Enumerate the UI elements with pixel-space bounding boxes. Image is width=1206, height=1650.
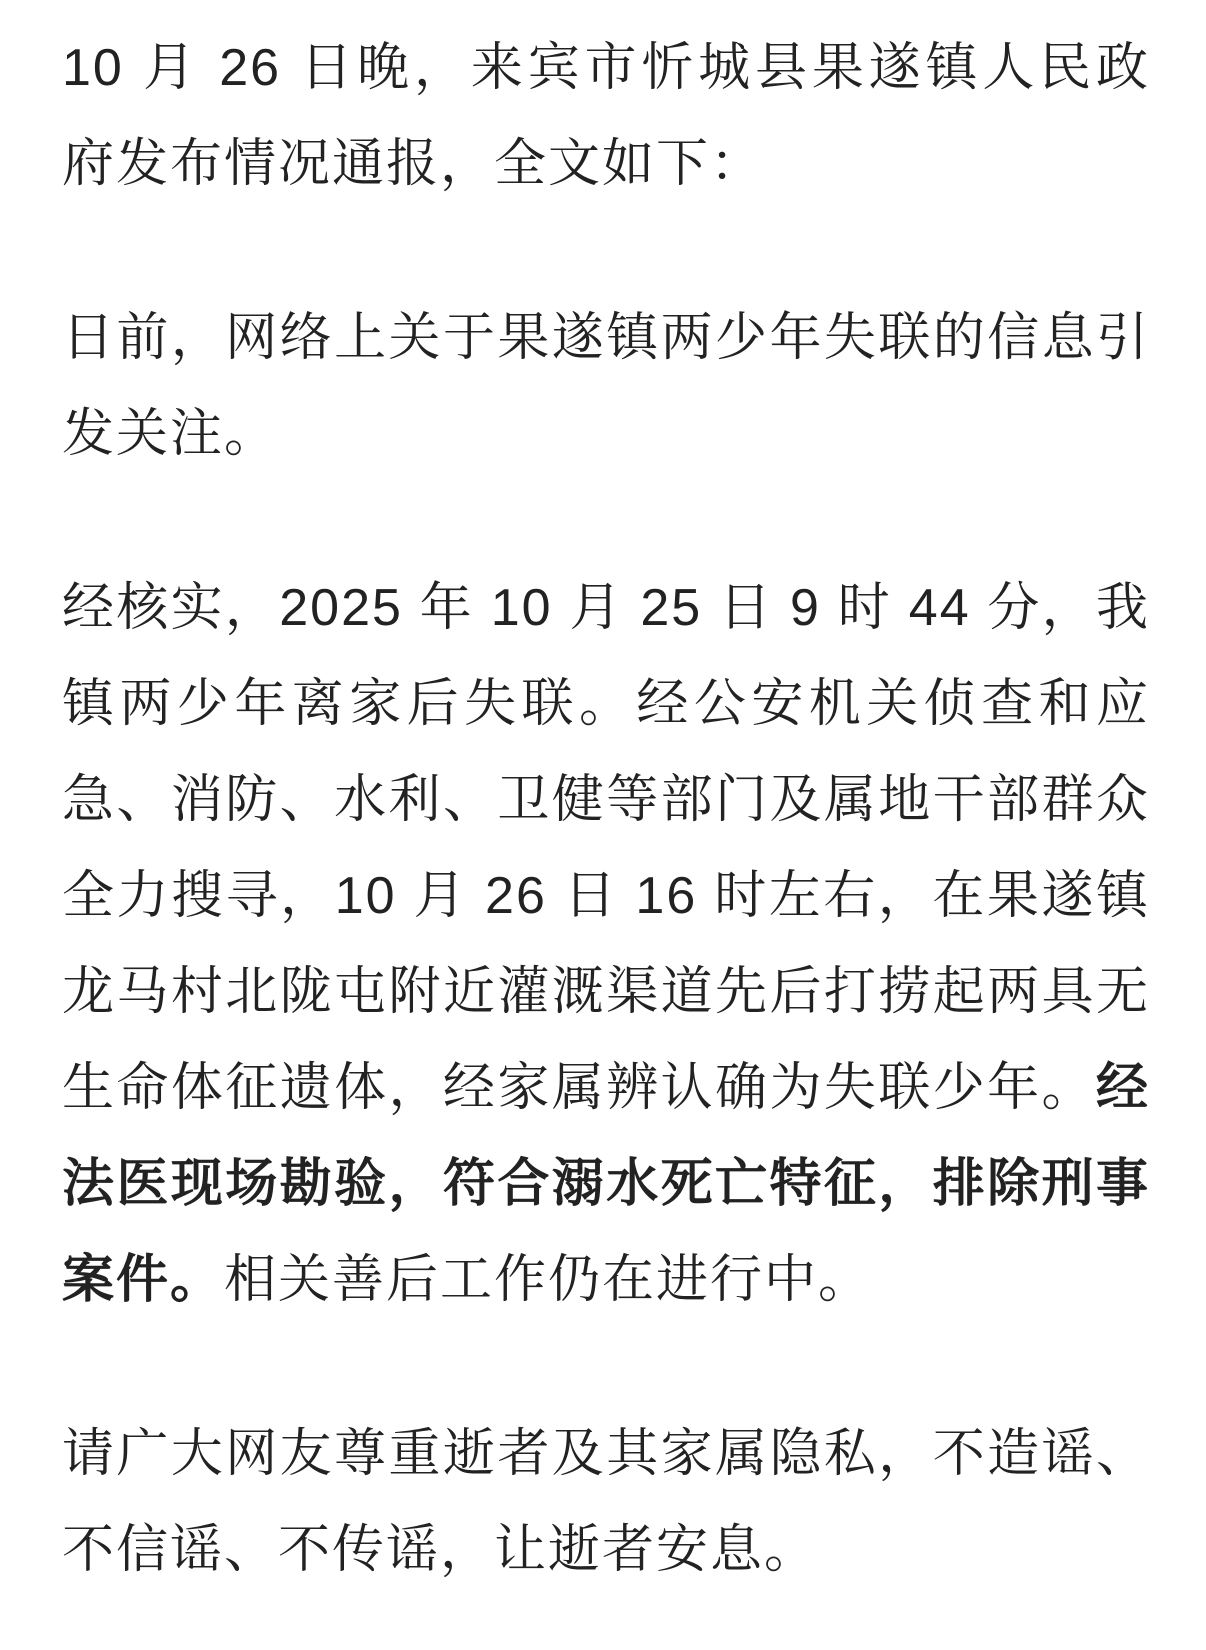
text-segment: 经核实，2025 年 10 月 25 日 9 时 44 分，我镇两少年离家后失联… bbox=[62, 579, 1150, 1117]
text-segment: 请广大网友尊重逝者及其家属隐私，不造谣、不信谣、不传谣，让逝者安息。 bbox=[62, 1425, 1150, 1579]
article-paragraph-1: 10 月 26 日晚，来宾市忻城县果遂镇人民政府发布情况通报，全文如下： bbox=[62, 20, 1150, 212]
article-paragraph-3: 经核实，2025 年 10 月 25 日 9 时 44 分，我镇两少年离家后失联… bbox=[62, 560, 1150, 1328]
text-segment: 相关善后工作仍在进行中。 bbox=[224, 1251, 872, 1309]
article-paragraph-4: 请广大网友尊重逝者及其家属隐私，不造谣、不信谣、不传谣，让逝者安息。 bbox=[62, 1406, 1150, 1598]
article-paragraph-2: 日前，网络上关于果遂镇两少年失联的信息引发关注。 bbox=[62, 290, 1150, 482]
text-segment: 日前，网络上关于果遂镇两少年失联的信息引发关注。 bbox=[62, 309, 1150, 463]
text-segment: 10 月 26 日晚，来宾市忻城县果遂镇人民政府发布情况通报，全文如下： bbox=[62, 39, 1150, 193]
article-body: 10 月 26 日晚，来宾市忻城县果遂镇人民政府发布情况通报，全文如下：日前，网… bbox=[0, 0, 1206, 1650]
